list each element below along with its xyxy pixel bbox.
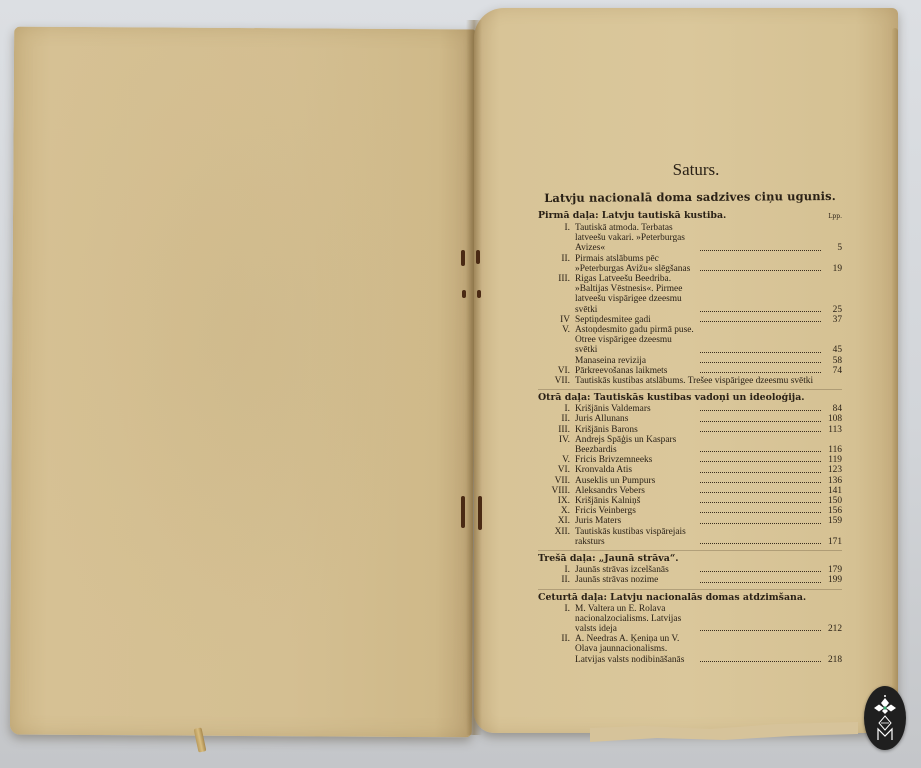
- toc-entry: V. Astoņdesmito gadu pirmā puse. Otree v…: [538, 325, 842, 356]
- left-blank-page: [10, 27, 476, 738]
- toc-entry: I. Krišjānis Valdemars84: [538, 404, 842, 414]
- toc-entry: I. Jaunās strāvas izcelšanās179: [538, 565, 842, 575]
- folk-ornament-monogram-icon: [864, 686, 906, 750]
- toc-entry: IV Septiņdesmitee gadi37: [538, 315, 842, 325]
- toc-entry: II. Juris Allunans108: [538, 414, 842, 424]
- table-of-contents: Saturs. Latvju nacionalā doma sadzives c…: [538, 160, 842, 665]
- section-divider: [538, 550, 842, 551]
- part-heading-text: Trešā daļa: „Jaunā strāva“.: [538, 553, 678, 565]
- toc-entry: IV. Andrejs Spāģis un Kaspars Beezbardis…: [538, 435, 842, 455]
- part-heading: Trešā daļa: „Jaunā strāva“.: [538, 553, 842, 565]
- toc-entry: V. Fricis Brivzemneeks119: [538, 455, 842, 465]
- toc-entry: I. M. Valtera un E. Rolava nacionalzocia…: [538, 604, 842, 635]
- binding-staple: [477, 290, 481, 298]
- toc-entry: VI. Pārkreevošanas laikmets74: [538, 366, 842, 376]
- toc-part-3: Trešā daļa: „Jaunā strāva“. I. Jaunās st…: [538, 553, 842, 585]
- toc-entry: III. Krišjānis Barons113: [538, 425, 842, 435]
- part-heading-text: Pirmā daļa: Latvju tautiskā kustiba.: [538, 210, 726, 222]
- toc-part-4: Ceturtā daļa: Latvju nacionalās domas at…: [538, 592, 842, 665]
- toc-subtitle: Latvju nacionalā doma sadzives ciņu ugun…: [538, 189, 842, 205]
- toc-part-1: Pirmā daļa: Latvju tautiskā kustiba. Lpp…: [538, 210, 842, 386]
- binding-staple: [461, 496, 465, 528]
- page-column-label: Lpp.: [828, 211, 842, 223]
- section-divider: [538, 389, 842, 390]
- part-heading: Ceturtā daļa: Latvju nacionalās domas at…: [538, 592, 842, 604]
- toc-entry: VIII. Aleksandrs Vebers141: [538, 486, 842, 496]
- binding-staple: [462, 290, 466, 298]
- part-heading: Pirmā daļa: Latvju tautiskā kustiba. Lpp…: [538, 210, 842, 223]
- section-divider: [538, 589, 842, 590]
- toc-entry: I. Tautiskā atmoda. Terbatas latveešu va…: [538, 223, 842, 254]
- watermark-logo: [864, 686, 906, 750]
- toc-entry: X. Fricis Veinbergs156: [538, 506, 842, 516]
- toc-entry: II. Jaunās strāvas nozime199: [538, 575, 842, 585]
- toc-entry: VII. Tautiskās kustibas atslābums. Treše…: [538, 376, 842, 386]
- toc-entry: Manaseina revizija58: [538, 356, 842, 366]
- photo-scene: Saturs. Latvju nacionalā doma sadzives c…: [0, 0, 921, 768]
- part-heading-text: Otrā daļa: Tautiskās kustibas vadoņi un …: [538, 392, 805, 404]
- part-heading: Otrā daļa: Tautiskās kustibas vadoņi un …: [538, 392, 842, 404]
- binding-staple: [478, 496, 482, 530]
- toc-entry: II. A. Needras A. Ķeniņa un V. Olava jau…: [538, 634, 842, 665]
- binding-staple: [461, 250, 465, 266]
- toc-entry: III. Rigas Latveešu Beedriba. »Baltijas …: [538, 274, 842, 315]
- toc-entry: VI. Kronvalda Atis123: [538, 465, 842, 475]
- book-spine: [466, 20, 482, 735]
- toc-entry: XII. Tautiskās kustibas vispārejais raks…: [538, 527, 842, 547]
- toc-entry: IX. Krišjānis Kalniņš150: [538, 496, 842, 506]
- part-heading-text: Ceturtā daļa: Latvju nacionalās domas at…: [538, 592, 806, 604]
- toc-title: Saturs.: [538, 160, 842, 180]
- binding-staple: [476, 250, 480, 264]
- page-edge: [892, 28, 898, 718]
- toc-entry: VII. Auseklis un Pumpurs136: [538, 476, 842, 486]
- toc-entry: XI. Juris Maters159: [538, 516, 842, 526]
- toc-part-2: Otrā daļa: Tautiskās kustibas vadoņi un …: [538, 392, 842, 547]
- toc-entry: II. Pirmais atslābums pēc »Peterburgas A…: [538, 254, 842, 274]
